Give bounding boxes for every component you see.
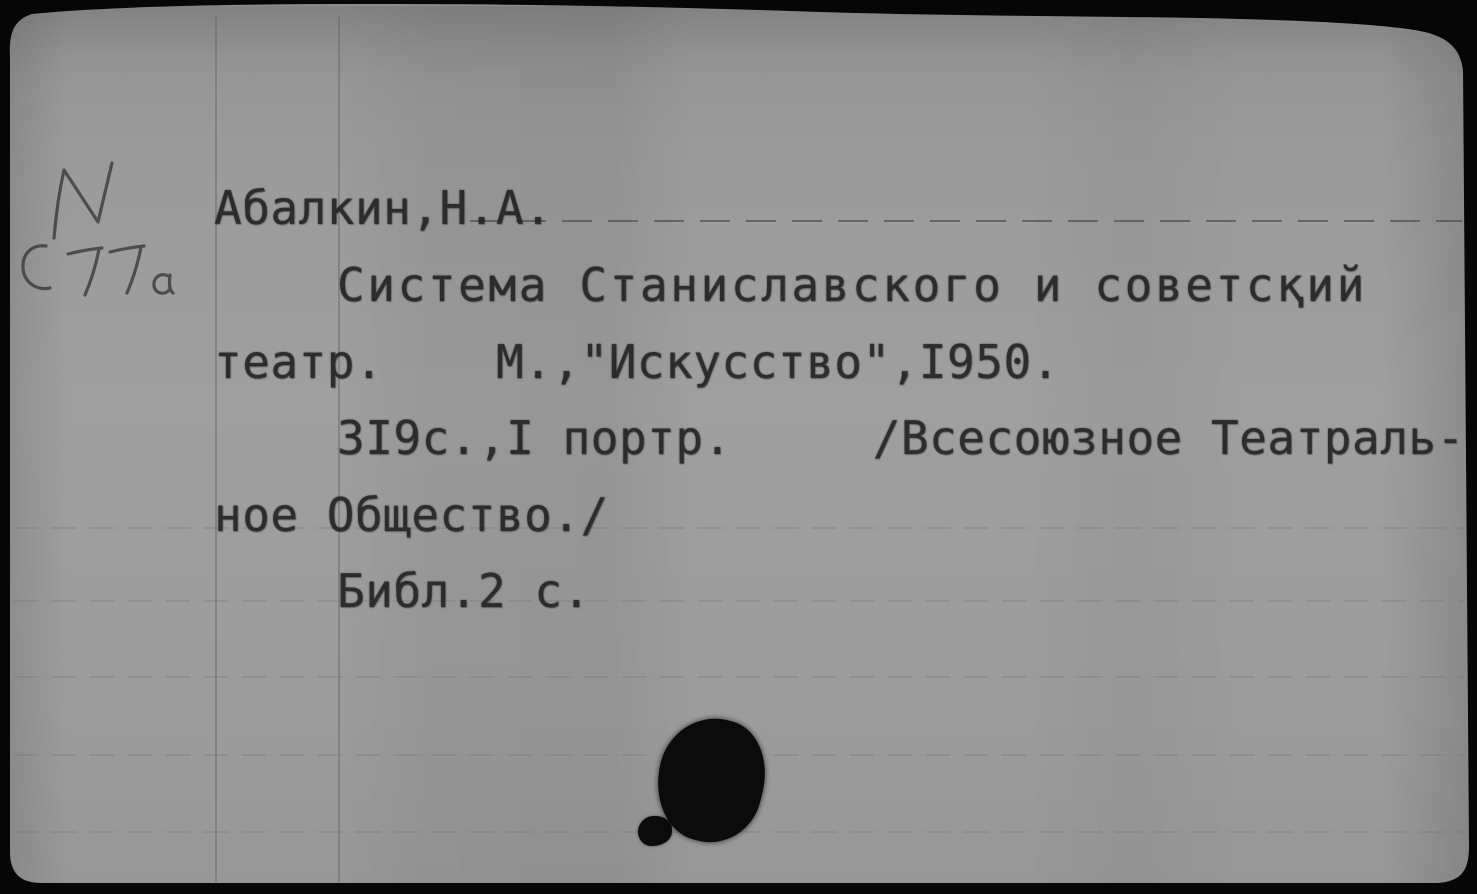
collation-series-line: 3I9с.,I портр. /Всесоюзное Театраль- bbox=[337, 415, 1465, 461]
call-number-handwriting bbox=[10, 150, 210, 310]
call-number-letter-N bbox=[54, 163, 112, 238]
call-number-digit-7a bbox=[68, 248, 102, 295]
ruled-line-under-author bbox=[470, 220, 1462, 222]
title-line: Система Станиславского и советсқий bbox=[337, 262, 1367, 308]
margin-rule-vertical-left bbox=[215, 16, 217, 882]
scanned-card-photo: N С77 а Абалкин,Н.А. Система Станиславск… bbox=[0, 0, 1477, 894]
ruled-line bbox=[14, 676, 1464, 678]
bibliography-line: Библ.2 с. bbox=[337, 568, 591, 614]
ruled-line bbox=[14, 600, 1464, 602]
imprint-line: театр. М.,"Искусство",I950. bbox=[214, 339, 1060, 385]
call-number: N С77 а bbox=[10, 150, 210, 310]
call-number-letter-C bbox=[23, 246, 50, 289]
call-number-digit-7b bbox=[110, 246, 144, 293]
call-number-subscript-a bbox=[154, 275, 173, 293]
author-line: Абалкин,Н.А. bbox=[214, 185, 552, 231]
series-continuation-line: ное Общество./ bbox=[214, 492, 609, 538]
